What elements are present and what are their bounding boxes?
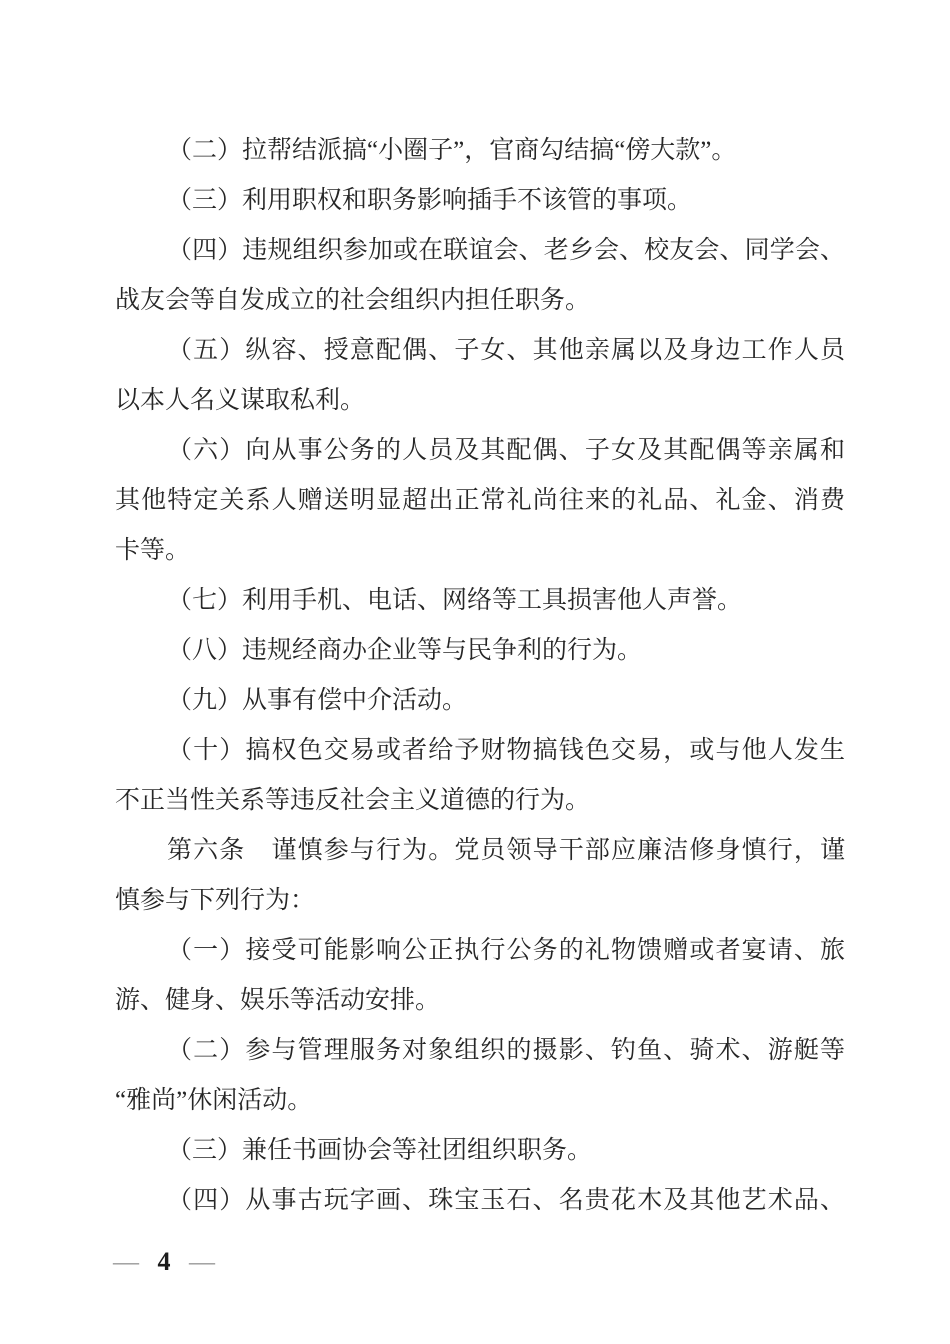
text-line: （三）兼任书画协会等社团组织职务。 bbox=[115, 1126, 845, 1176]
document-body: （二）拉帮结派搞“小圈子”，官商勾结搞“傍大款”。（三）利用职权和职务影响插手不… bbox=[115, 126, 845, 1226]
text-line: 战友会等自发成立的社会组织内担任职务。 bbox=[115, 276, 845, 326]
text-line: （七）利用手机、电话、网络等工具损害他人声誉。 bbox=[115, 576, 845, 626]
text-line: 慎参与下列行为： bbox=[115, 876, 845, 926]
page-footer: — 4 — bbox=[113, 1245, 215, 1279]
page-number: 4 bbox=[158, 1247, 171, 1276]
text-line: （九）从事有偿中介活动。 bbox=[115, 676, 845, 726]
text-line: （二）拉帮结派搞“小圈子”，官商勾结搞“傍大款”。 bbox=[115, 126, 845, 176]
text-line: （三）利用职权和职务影响插手不该管的事项。 bbox=[115, 176, 845, 226]
text-line: “雅尚”休闲活动。 bbox=[115, 1076, 845, 1126]
text-line: 游、健身、娱乐等活动安排。 bbox=[115, 976, 845, 1026]
text-line: （六）向从事公务的人员及其配偶、子女及其配偶等亲属和 bbox=[115, 426, 845, 476]
text-line: （五）纵容、授意配偶、子女、其他亲属以及身边工作人员 bbox=[115, 326, 845, 376]
footer-dash-left: — bbox=[113, 1247, 139, 1276]
text-line: （十）搞权色交易或者给予财物搞钱色交易，或与他人发生 bbox=[115, 726, 845, 776]
document-page: （二）拉帮结派搞“小圈子”，官商勾结搞“傍大款”。（三）利用职权和职务影响插手不… bbox=[0, 0, 950, 1344]
text-line: （一）接受可能影响公正执行公务的礼物馈赠或者宴请、旅 bbox=[115, 926, 845, 976]
text-line: 卡等。 bbox=[115, 526, 845, 576]
text-line: （二）参与管理服务对象组织的摄影、钓鱼、骑术、游艇等 bbox=[115, 1026, 845, 1076]
footer-dash-right: — bbox=[189, 1247, 215, 1276]
text-line: 不正当性关系等违反社会主义道德的行为。 bbox=[115, 776, 845, 826]
text-line: （四）从事古玩字画、珠宝玉石、名贵花木及其他艺术品、 bbox=[115, 1176, 845, 1226]
text-line: 第六条 谨慎参与行为。党员领导干部应廉洁修身慎行，谨 bbox=[115, 826, 845, 876]
text-line: 以本人名义谋取私利。 bbox=[115, 376, 845, 426]
text-line: （四）违规组织参加或在联谊会、老乡会、校友会、同学会、 bbox=[115, 226, 845, 276]
text-line: （八）违规经商办企业等与民争利的行为。 bbox=[115, 626, 845, 676]
text-line: 其他特定关系人赠送明显超出正常礼尚往来的礼品、礼金、消费 bbox=[115, 476, 845, 526]
